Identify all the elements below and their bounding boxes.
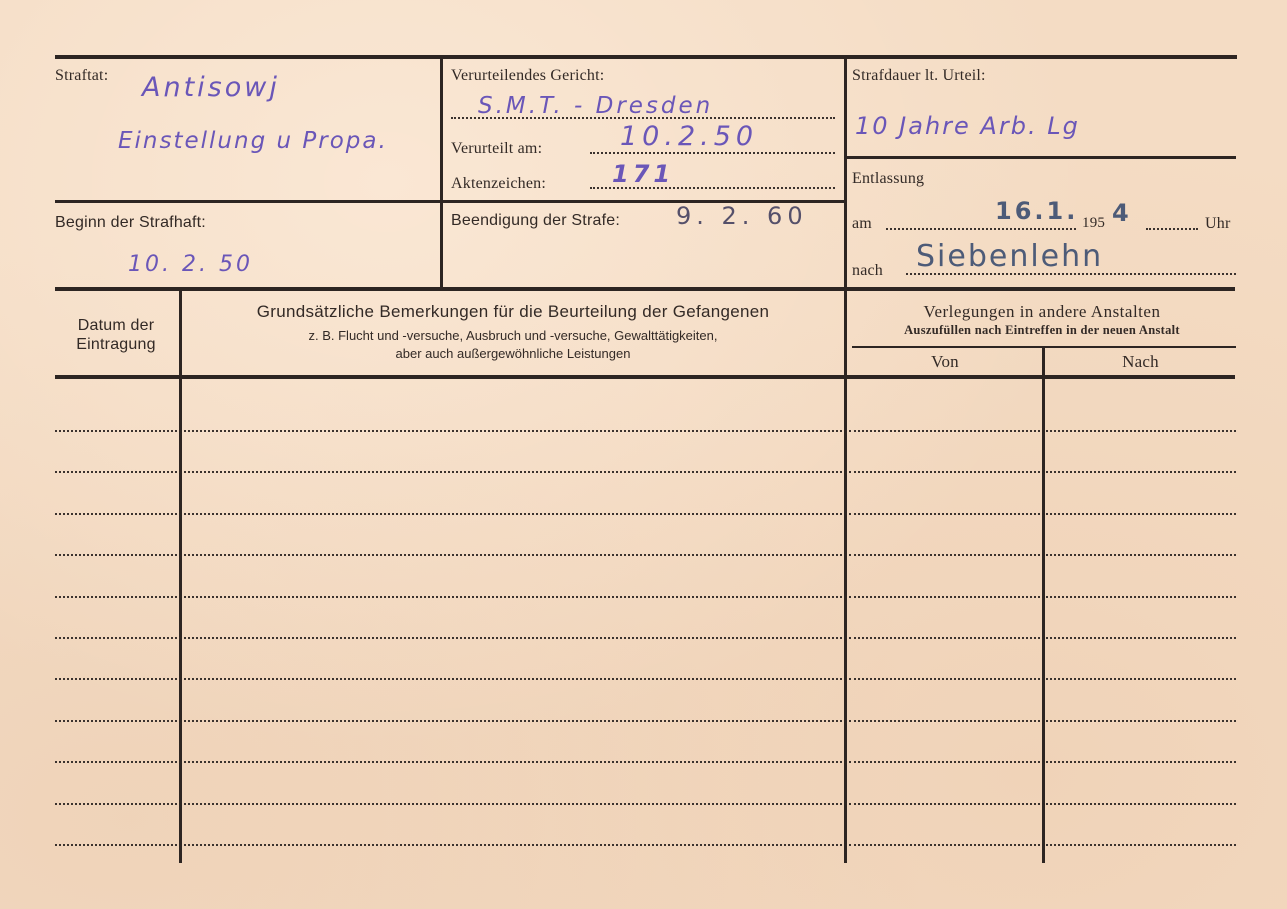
aktenzeichen-line <box>590 187 835 189</box>
entlassung-year-suffix[interactable]: 4 <box>1112 199 1132 227</box>
table-row-bemerkungen-cell-line[interactable] <box>184 761 842 763</box>
table-row-datum-cell-line[interactable] <box>55 803 177 805</box>
beginn-label: Beginn der Strafhaft: <box>55 214 206 232</box>
gericht-label: Verurteilendes Gericht: <box>451 67 604 85</box>
aktenzeichen-label: Aktenzeichen: <box>451 175 546 193</box>
entlassung-nach-value[interactable]: Siebenlehn <box>916 239 1103 274</box>
verurteilt-am-line <box>590 152 835 154</box>
table-row-von-cell-line[interactable] <box>849 678 1040 680</box>
col-divider-datum <box>179 291 182 863</box>
table-row-nach-cell-line[interactable] <box>1046 678 1236 680</box>
strafdauer-value[interactable]: 10 Jahre Arb. Lg <box>855 112 1080 140</box>
table-row-datum-cell-line[interactable] <box>55 471 177 473</box>
entlassung-uhr-label: Uhr <box>1205 215 1230 233</box>
table-row-bemerkungen-cell-line[interactable] <box>184 554 842 556</box>
rule-right-mid <box>846 156 1236 159</box>
entlassung-time-line <box>1146 228 1198 230</box>
entlassung-date-line <box>886 228 1076 230</box>
table-row-datum-cell-line[interactable] <box>55 554 177 556</box>
gericht-line <box>451 117 835 119</box>
table-row-nach-cell-line[interactable] <box>1046 554 1236 556</box>
table-row-datum-cell-line[interactable] <box>55 596 177 598</box>
top-rule <box>55 55 1237 59</box>
col-header-verlegungen: Verlegungen in andere Anstalten Auszufül… <box>848 302 1236 338</box>
table-row-von-cell-line[interactable] <box>849 720 1040 722</box>
verurteilt-am-label: Verurteilt am: <box>451 140 542 158</box>
entlassung-label: Entlassung <box>852 170 924 188</box>
beendigung-label: Beendigung der Strafe: <box>451 212 620 230</box>
divider-top-right <box>844 59 847 289</box>
col-header-datum-line1: Datum der <box>55 316 177 335</box>
table-row-nach-cell-line[interactable] <box>1046 513 1236 515</box>
table-row-nach-cell-line[interactable] <box>1046 637 1236 639</box>
table-row-nach-cell-line[interactable] <box>1046 720 1236 722</box>
table-row-bemerkungen-cell-line[interactable] <box>184 596 842 598</box>
table-row-datum-cell-line[interactable] <box>55 844 177 846</box>
table-row-bemerkungen-cell-line[interactable] <box>184 720 842 722</box>
entlassung-date-value[interactable]: 16.1. <box>995 197 1078 225</box>
entlassung-year-prefix: 195 <box>1082 215 1105 232</box>
bemerkungen-sub1: z. B. Flucht und -versuche, Ausbruch und… <box>183 328 843 343</box>
table-row-bemerkungen-cell-line[interactable] <box>184 637 842 639</box>
table-row-bemerkungen-cell-line[interactable] <box>184 803 842 805</box>
entlassung-nach-label: nach <box>852 262 883 280</box>
table-row-von-cell-line[interactable] <box>849 803 1040 805</box>
table-row-bemerkungen-cell-line[interactable] <box>184 678 842 680</box>
aktenzeichen-value[interactable]: 171 <box>612 160 674 188</box>
table-row-nach-cell-line[interactable] <box>1046 471 1236 473</box>
table-row-datum-cell-line[interactable] <box>55 637 177 639</box>
straftat-label: Straftat: <box>55 67 108 85</box>
col-divider-von-nach <box>1042 348 1045 863</box>
table-row-datum-cell-line[interactable] <box>55 430 177 432</box>
beendigung-value[interactable]: 9. 2. 60 <box>676 202 808 230</box>
entlassung-am-label: am <box>852 215 872 233</box>
table-row-datum-cell-line[interactable] <box>55 761 177 763</box>
verlegungen-title: Verlegungen in andere Anstalten <box>848 302 1236 322</box>
col-header-nach: Nach <box>1045 352 1236 372</box>
col-header-datum: Datum der Eintragung <box>55 316 177 354</box>
table-row-nach-cell-line[interactable] <box>1046 596 1236 598</box>
table-row-nach-cell-line[interactable] <box>1046 430 1236 432</box>
table-row-von-cell-line[interactable] <box>849 513 1040 515</box>
table-row-bemerkungen-cell-line[interactable] <box>184 471 842 473</box>
col-header-von: Von <box>848 352 1042 372</box>
table-row-datum-cell-line[interactable] <box>55 513 177 515</box>
verlegungen-subtitle: Auszufüllen nach Eintreffen in der neuen… <box>848 323 1236 338</box>
header-bottom-rule <box>55 375 1235 379</box>
table-row-von-cell-line[interactable] <box>849 554 1040 556</box>
table-row-von-cell-line[interactable] <box>849 844 1040 846</box>
table-row-datum-cell-line[interactable] <box>55 720 177 722</box>
straftat-value-line2[interactable]: Einstellung u Propa. <box>118 128 388 154</box>
table-row-von-cell-line[interactable] <box>849 471 1040 473</box>
strafdauer-label: Strafdauer lt. Urteil: <box>852 67 986 85</box>
table-row-nach-cell-line[interactable] <box>1046 761 1236 763</box>
col-header-datum-line2: Eintragung <box>55 335 177 354</box>
divider-top-left <box>440 59 443 289</box>
table-row-von-cell-line[interactable] <box>849 430 1040 432</box>
table-row-nach-cell-line[interactable] <box>1046 844 1236 846</box>
table-row-bemerkungen-cell-line[interactable] <box>184 844 842 846</box>
straftat-value-line1[interactable]: Antisowj <box>142 72 280 103</box>
col-header-bemerkungen: Grundsätzliche Bemerkungen für die Beurt… <box>183 302 843 361</box>
table-row-von-cell-line[interactable] <box>849 596 1040 598</box>
verurteilt-am-value[interactable]: 10.2.50 <box>620 121 758 152</box>
table-row-nach-cell-line[interactable] <box>1046 803 1236 805</box>
table-row-von-cell-line[interactable] <box>849 637 1040 639</box>
gericht-value[interactable]: S.M.T. - Dresden <box>478 93 713 119</box>
table-row-bemerkungen-cell-line[interactable] <box>184 513 842 515</box>
table-row-datum-cell-line[interactable] <box>55 678 177 680</box>
bemerkungen-sub2: aber auch außergewöhnliche Leistungen <box>183 346 843 361</box>
header-top-rule <box>55 287 1235 291</box>
col-divider-bemerkungen <box>844 291 847 863</box>
beginn-value[interactable]: 10. 2. 50 <box>128 252 253 277</box>
table-row-bemerkungen-cell-line[interactable] <box>184 430 842 432</box>
bemerkungen-title: Grundsätzliche Bemerkungen für die Beurt… <box>183 302 843 322</box>
table-row-von-cell-line[interactable] <box>849 761 1040 763</box>
